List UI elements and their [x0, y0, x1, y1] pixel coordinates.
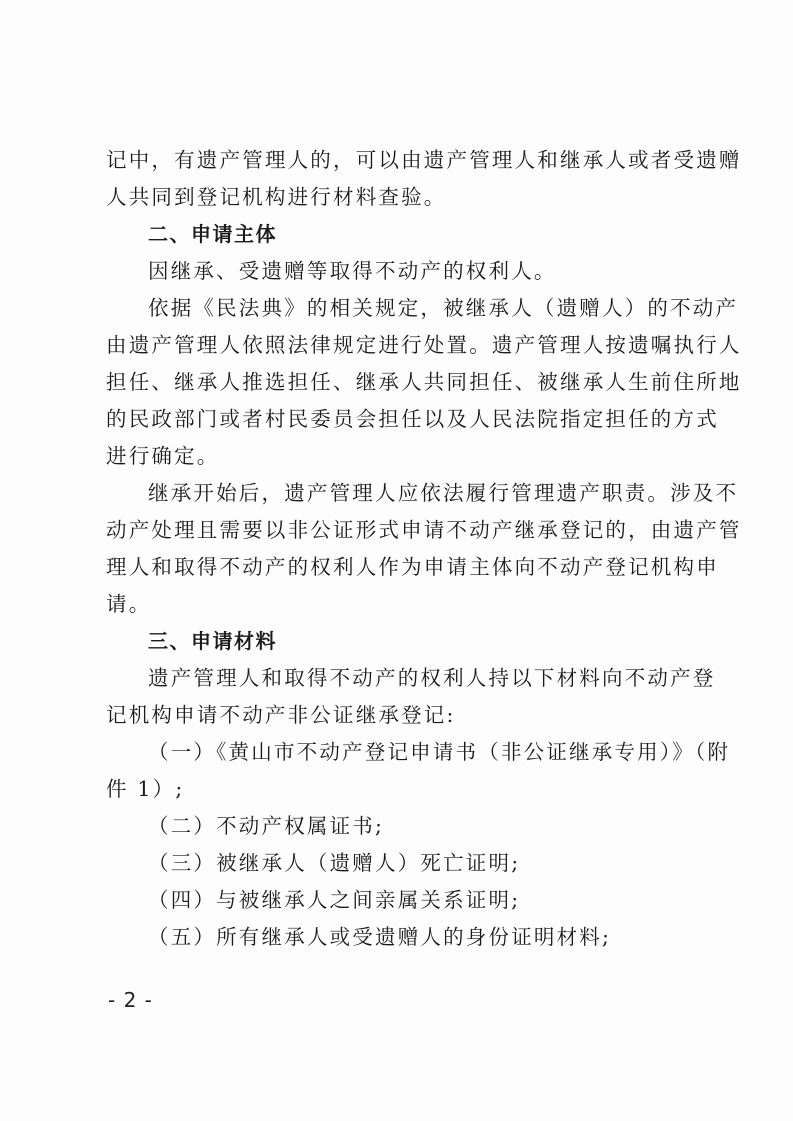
text-line: 遗产管理人和取得不动产的权利人持以下材料向不动产登	[106, 660, 696, 697]
text-line: 请。	[106, 586, 696, 623]
text-line: 因继承、受遗赠等取得不动产的权利人。	[106, 253, 696, 290]
text-line: 的民政部门或者村民委员会担任以及人民法院指定担任的方式	[106, 401, 696, 438]
text-line: 进行确定。	[106, 438, 696, 475]
page-number: - 2 -	[108, 988, 153, 1012]
document-body: 记中，有遗产管理人的，可以由遗产管理人和继承人或者受遗赠 人共同到登记机构进行材…	[106, 142, 696, 956]
list-item: （五）所有继承人或受遗赠人的身份证明材料;	[106, 919, 696, 956]
list-item: （二）不动产权属证书;	[106, 808, 696, 845]
list-item-continuation: 件 1）;	[106, 771, 696, 808]
list-item: （一）《黄山市不动产登记申请书（非公证继承专用）》（附	[106, 734, 696, 771]
section-heading-applicant: 二、申请主体	[106, 216, 696, 253]
text-line: 担任、继承人推选担任、继承人共同担任、被继承人生前住所地	[106, 364, 696, 401]
text-line: 动产处理且需要以非公证形式申请不动产继承登记的，由遗产管	[106, 512, 696, 549]
document-page: 记中，有遗产管理人的，可以由遗产管理人和继承人或者受遗赠 人共同到登记机构进行材…	[0, 0, 793, 1121]
list-item: （三）被继承人（遗赠人）死亡证明;	[106, 845, 696, 882]
text-line: 继承开始后，遗产管理人应依法履行管理遗产职责。涉及不	[106, 475, 696, 512]
list-item: （四）与被继承人之间亲属关系证明;	[106, 882, 696, 919]
text-line: 依据《民法典》的相关规定，被继承人（遗赠人）的不动产	[106, 290, 696, 327]
text-line: 由遗产管理人依照法律规定进行处置。遗产管理人按遗嘱执行人	[106, 327, 696, 364]
text-line: 理人和取得不动产的权利人作为申请主体向不动产登记机构申	[106, 549, 696, 586]
text-line: 记机构申请不动产非公证继承登记:	[106, 697, 696, 734]
section-heading-materials: 三、申请材料	[106, 623, 696, 660]
text-line: 记中，有遗产管理人的，可以由遗产管理人和继承人或者受遗赠	[106, 142, 696, 179]
text-line: 人共同到登记机构进行材料查验。	[106, 179, 696, 216]
